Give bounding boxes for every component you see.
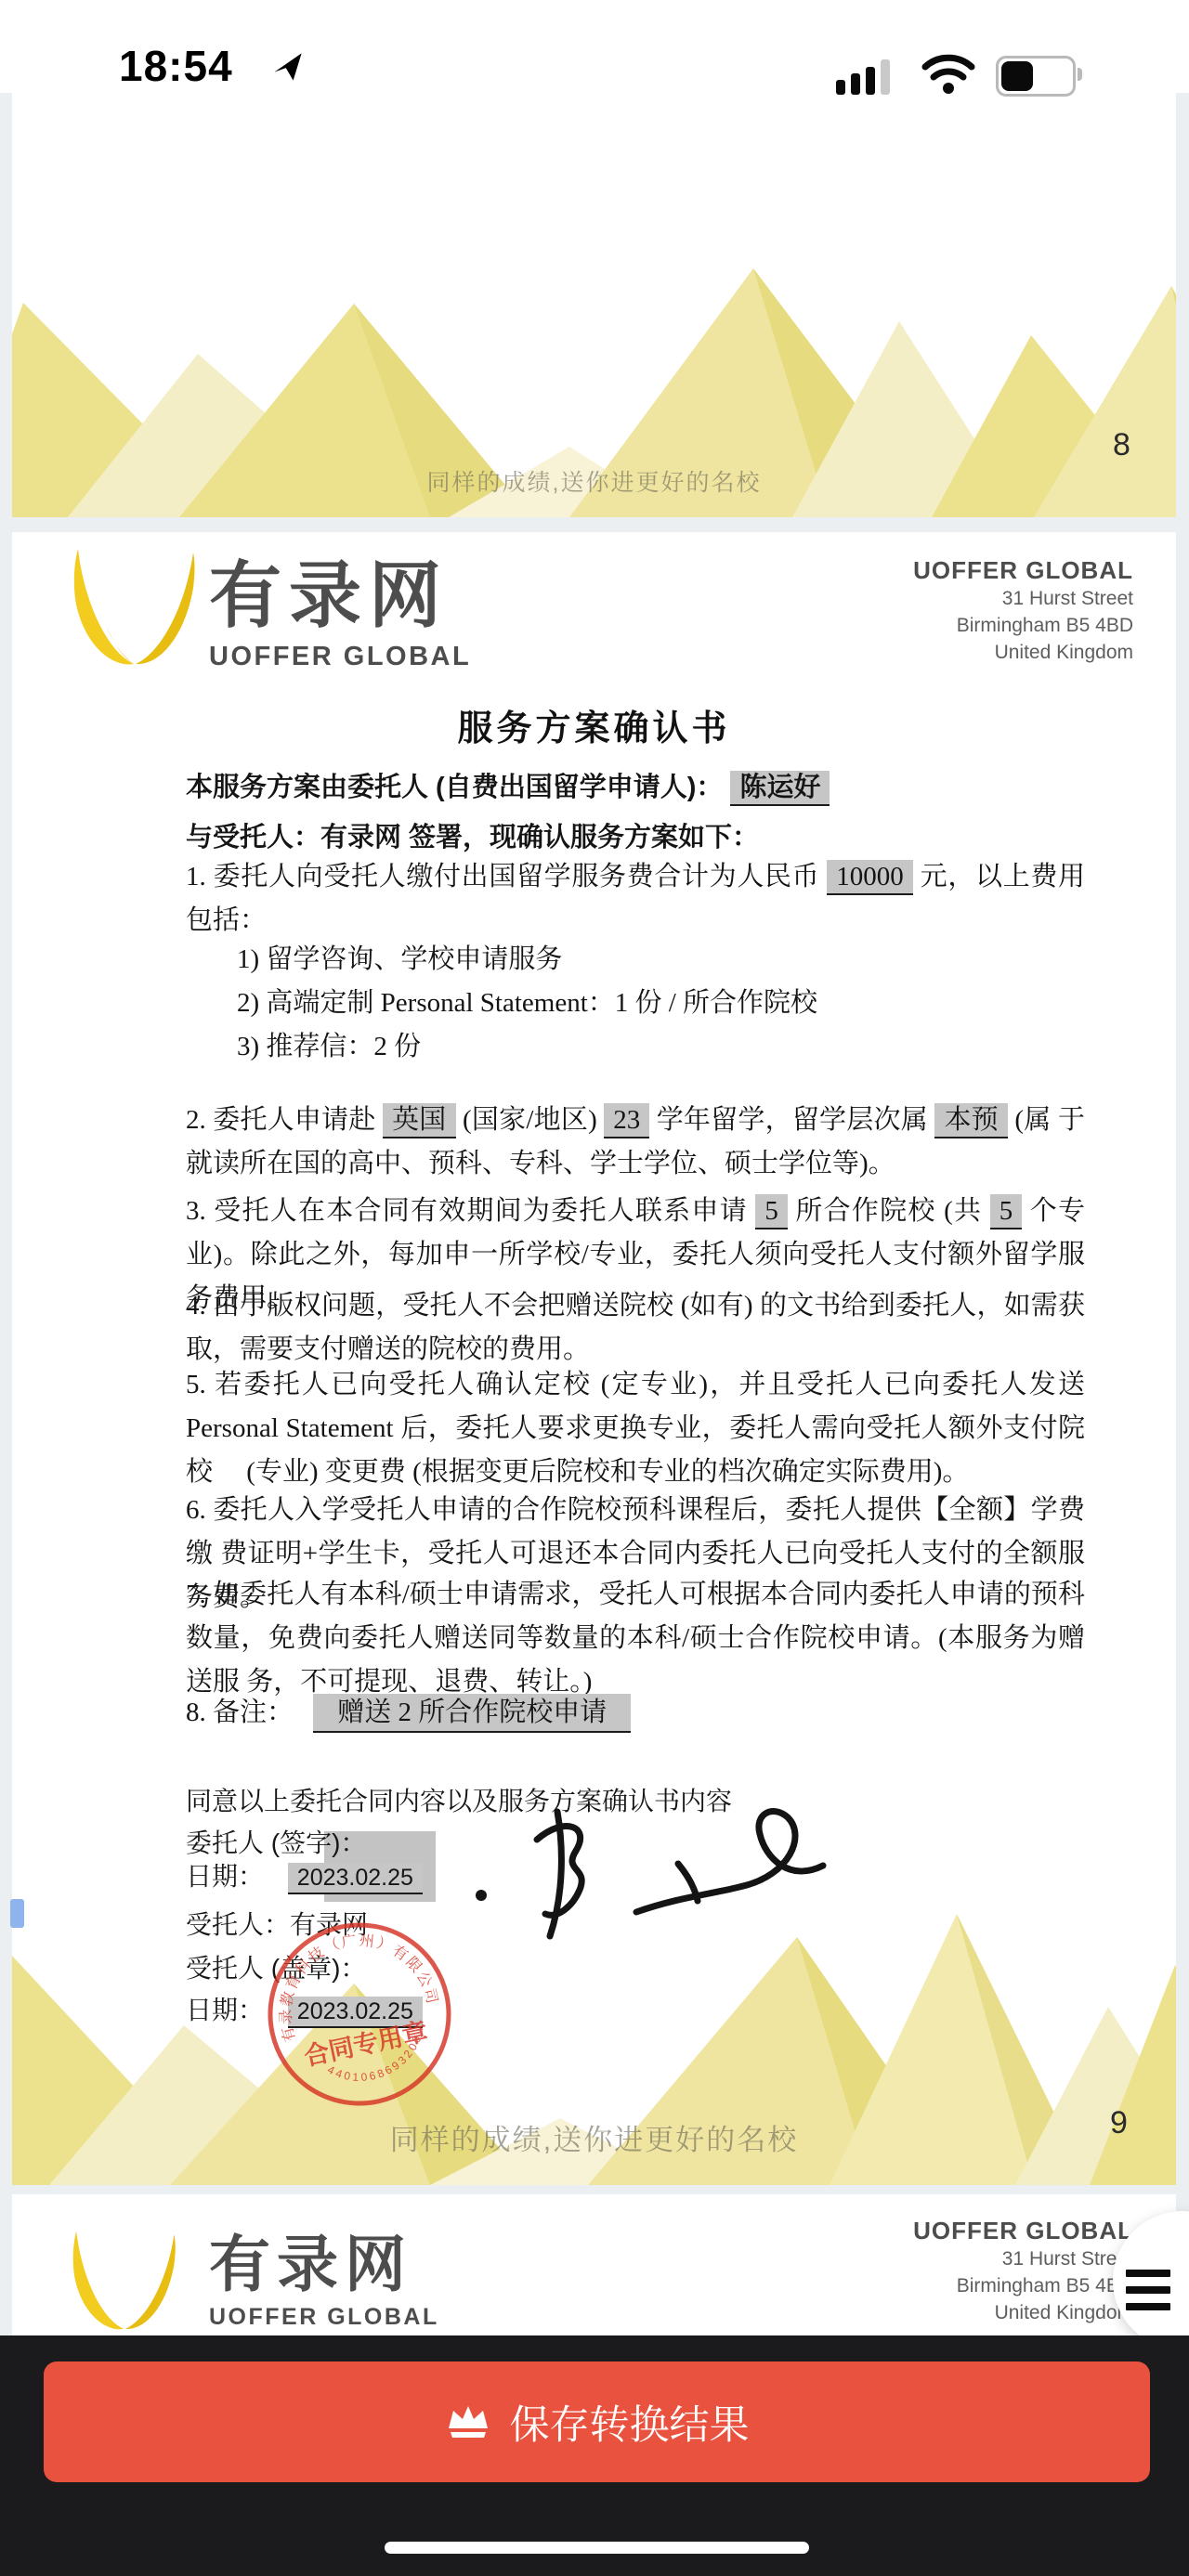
clause-4: 4. 由于版权问题，受托人不会把赠送院校 (如有) 的文书给到委托人，如需获 取… <box>186 1284 1085 1372</box>
clause-1: 1. 委托人向受托人缴付出国留学服务费合计为人民币 10000 元，以上费用包括… <box>186 855 1085 943</box>
document-title: 服务方案确认书 <box>12 699 1176 750</box>
handwritten-signature <box>399 1806 855 1964</box>
page-separator <box>0 2185 1189 2194</box>
country-value: 英国 <box>383 1103 455 1138</box>
uoffer-logo-icon <box>65 547 204 670</box>
watermark-text: 同样的成绩,送你进更好的名校 <box>12 2116 1176 2158</box>
bottom-action-bar: 保存转换结果 <box>0 2335 1189 2576</box>
address-line2: Birmingham B5 4BD <box>913 2272 1133 2299</box>
company-address: UOFFER GLOBAL 31 Hurst Street Birmingham… <box>913 2217 1133 2326</box>
uoffer-logo-icon <box>65 2230 184 2334</box>
document-page-8: 同样的成绩,送你进更好的名校 8 <box>12 93 1176 517</box>
address-line1: 31 Hurst Street <box>913 2245 1133 2272</box>
clause-1-sub-2: 2) 高端定制 Personal Statement：1 份 / 所合作院校 <box>237 982 1073 1025</box>
address-line3: United Kingdom <box>913 2299 1133 2326</box>
wifi-icon <box>921 54 975 95</box>
battery-icon <box>996 56 1081 93</box>
schools-count-value: 5 <box>755 1194 788 1229</box>
address-line3: United Kingdom <box>913 639 1133 666</box>
company-seal-stamp: 有录教育科技（广州）有限公司 合同专用章 4401068693200 <box>261 1916 458 2113</box>
year-value: 23 <box>604 1103 649 1138</box>
page-number-8: 8 <box>1113 427 1130 463</box>
brand-name-cn: 有录网 <box>209 562 471 629</box>
page-number-9: 9 <box>1110 2105 1128 2141</box>
hamburger-menu-icon <box>1126 2270 1170 2320</box>
brand-name-cn: 有录网 <box>209 2235 439 2293</box>
brand-text: 有录网 UOFFER GLOBAL <box>209 2235 439 2331</box>
status-bar: 18:54 <box>0 0 1189 93</box>
intro-line-2: 与受托人：有录网 签署，现确认服务方案如下： <box>186 816 1085 860</box>
fee-value: 10000 <box>827 860 913 895</box>
cellular-signal-icon <box>836 56 903 95</box>
clause-8: 8. 备注： 赠送 2 所合作院校申请 <box>186 1691 1085 1735</box>
clause-2: 2. 委托人申请赴 英国 (国家/地区) 23 学年留学，留学层次属 本预 (属… <box>186 1099 1085 1186</box>
location-arrow-icon <box>271 50 305 84</box>
clause-1-sub-1: 1) 留学咨询、学校申请服务 <box>237 938 1073 982</box>
document-page-9: 有录网 UOFFER GLOBAL UOFFER GLOBAL 31 Hurst… <box>12 532 1176 2185</box>
watermark-text: 同样的成绩,送你进更好的名校 <box>12 464 1176 498</box>
page-separator <box>0 517 1189 532</box>
company-address: UOFFER GLOBAL 31 Hurst Street Birmingham… <box>913 556 1133 666</box>
clause-7: 7. 如委托人有本科/硕士申请需求，受托人可根据本合同内委托人申请的预科 数量，… <box>186 1573 1085 1704</box>
crown-icon <box>445 2403 491 2440</box>
brand-name-en: UOFFER GLOBAL <box>209 642 471 672</box>
home-indicator[interactable] <box>385 2542 809 2554</box>
status-time: 18:54 <box>119 41 233 91</box>
address-company: UOFFER GLOBAL <box>913 2217 1133 2245</box>
save-button-label: 保存转换结果 <box>510 2394 750 2451</box>
clause-1-sub-3: 3) 推荐信：2 份 <box>237 1025 1073 1069</box>
brand-name-en: UOFFER GLOBAL <box>209 2304 439 2331</box>
intro-line-1: 本服务方案由委托人 (自费出国留学申请人)： 陈运好 <box>186 766 1085 810</box>
remark-value: 赠送 2 所合作院校申请 <box>313 1694 631 1733</box>
majors-count-value: 5 <box>990 1194 1023 1229</box>
clause-5: 5. 若委托人已向受托人确认定校 (定专业)，并且受托人已向委托人发送 Pers… <box>186 1363 1085 1494</box>
address-line2: Birmingham B5 4BD <box>913 612 1133 639</box>
address-line1: 31 Hurst Street <box>913 585 1133 612</box>
save-result-button[interactable]: 保存转换结果 <box>44 2361 1150 2482</box>
address-company: UOFFER GLOBAL <box>913 556 1133 585</box>
brand-text: 有录网 UOFFER GLOBAL <box>209 562 471 672</box>
scroll-indicator[interactable] <box>10 1899 24 1928</box>
level-value: 本预 <box>934 1103 1007 1138</box>
client-name-value: 陈运好 <box>730 771 830 806</box>
